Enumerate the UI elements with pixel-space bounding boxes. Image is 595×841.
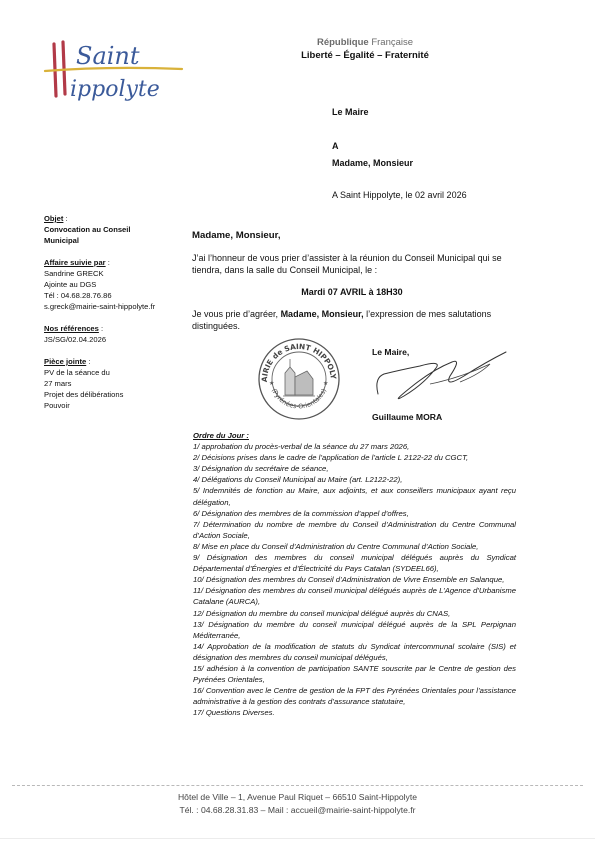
invitation-paragraph: J’ai l’honneur de vous prier d’assister … (192, 252, 512, 276)
agenda-item: 9/ Désignation des membres du conseil mu… (193, 552, 516, 574)
agenda-item: 8/ Mise en place du Conseil d’Administra… (193, 541, 516, 552)
agenda-list: 1/ approbation du procès-verbal de la sé… (193, 441, 516, 718)
affaire-name: Sandrine GRECK (44, 268, 189, 279)
agenda-item: 5/ Indemnités de fonction au Maire, aux … (193, 485, 516, 507)
agenda-item: 14/ Approbation de la modification de st… (193, 641, 516, 663)
logo-graphic: Saint ippolyte (40, 36, 190, 108)
page-bottom-edge (0, 838, 595, 839)
affaire-phone: Tél : 04.68.28.76.86 (44, 290, 189, 301)
agenda-item: 7/ Détermination du nombre de membre du … (193, 519, 516, 541)
agenda-item: 4/ Délégations du Conseil Municipal au M… (193, 474, 516, 485)
attachment-item: Projet des délibérations (44, 389, 189, 400)
objet-value-2: Municipal (44, 235, 189, 246)
agenda-title: Ordre du Jour : (193, 430, 516, 441)
attachment-item: 27 mars (44, 378, 189, 389)
place-date: A Saint Hippolyte, le 02 avril 2026 (332, 190, 467, 200)
affaire-label: Affaire suivie par (44, 258, 106, 267)
objet-value: Convocation au Conseil (44, 224, 189, 235)
attachment-label: Pièce jointe (44, 357, 86, 366)
attachment-item: Pouvoir (44, 400, 189, 411)
agenda: Ordre du Jour : 1/ approbation du procès… (193, 430, 516, 718)
footer: Hôtel de Ville – 1, Avenue Paul Riquet –… (0, 791, 595, 817)
signatory-name: Guillaume MORA (372, 412, 442, 422)
agenda-item: 2/ Décisions prises dans le cadre de l’a… (193, 452, 516, 463)
agenda-item: 16/ Convention avec le Centre de gestion… (193, 685, 516, 707)
sender: Le Maire (332, 107, 369, 117)
footer-contact: Tél. : 04.68.28.31.83 – Mail : accueil@m… (0, 804, 595, 817)
meeting-datetime: Mardi 07 AVRIL à 18H30 (192, 286, 512, 298)
footer-address: Hôtel de Ville – 1, Avenue Paul Riquet –… (0, 791, 595, 804)
republic-header: République Française Liberté – Égalité –… (240, 37, 490, 61)
republic-name: République Française (240, 37, 490, 48)
logo-text-saint: Saint (76, 42, 140, 70)
agenda-item: 13/ Désignation du membre du conseil mun… (193, 619, 516, 641)
agenda-item: 1/ approbation du procès-verbal de la sé… (193, 441, 516, 452)
agenda-item: 10/ Désignation des membres du Conseil d… (193, 574, 516, 585)
agenda-item: 11/ Désignation des membres du conseil m… (193, 585, 516, 607)
agenda-item: 3/ Désignation du secrétaire de séance, (193, 463, 516, 474)
closing-paragraph: Je vous prie d’agréer, Madame, Monsieur,… (192, 308, 512, 332)
mairie-stamp: MAIRIE de SAINT HIPPOLYTE (Pyrénées-Orie… (257, 337, 341, 421)
objet-label: Objet (44, 214, 63, 223)
svg-text:★: ★ (269, 380, 274, 387)
attachment-item: PV de la séance du (44, 367, 189, 378)
greeting: Madame, Monsieur, (192, 230, 512, 242)
addressee-prefix: A (332, 141, 339, 151)
republic-motto: Liberté – Égalité – Fraternité (240, 50, 490, 61)
addressee-name: Madame, Monsieur (332, 158, 413, 168)
signature-title: Le Maire, (372, 347, 409, 357)
reference-sidebar: Objet : Convocation au Conseil Municipal… (44, 213, 189, 411)
agenda-item: 12/ Désignation du membre du conseil mun… (193, 608, 516, 619)
agenda-item: 15/ adhésion à la convention de particip… (193, 663, 516, 685)
agenda-item: 17/ Questions Diverses. (193, 707, 516, 718)
saint-hippolyte-logo: Saint ippolyte (40, 36, 190, 108)
affaire-role: Ajointe au DGS (44, 279, 189, 290)
svg-text:★: ★ (323, 380, 328, 387)
svg-text:ippolyte: ippolyte (70, 77, 160, 102)
footer-divider (12, 785, 583, 786)
letter-body: Madame, Monsieur, J’ai l’honneur de vous… (192, 230, 512, 332)
refs-label: Nos références (44, 324, 99, 333)
refs-value: JS/SG/02.04.2026 (44, 334, 189, 345)
affaire-email[interactable]: s.greck@mairie-saint-hippolyte.fr (44, 301, 189, 312)
agenda-item: 6/ Désignation des membres de la commiss… (193, 508, 516, 519)
